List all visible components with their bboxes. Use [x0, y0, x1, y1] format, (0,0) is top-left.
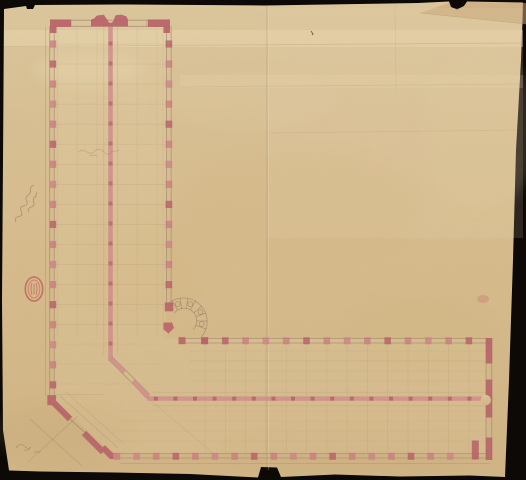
plan-drawing-svg: [0, 0, 526, 480]
pilaster: [109, 122, 113, 126]
pilaster: [467, 397, 471, 401]
pilaster: [193, 397, 197, 401]
pilaster: [50, 381, 57, 388]
apse-niche: [481, 395, 491, 405]
pilaster: [290, 453, 297, 460]
pilaster: [133, 453, 140, 460]
pilaster: [109, 342, 113, 346]
pilaster: [50, 81, 57, 88]
pilaster: [109, 262, 113, 266]
pilaster: [271, 453, 278, 460]
pilaster: [330, 397, 334, 401]
pilaster: [445, 337, 452, 344]
pilaster: [153, 453, 160, 460]
pilaster: [50, 221, 57, 228]
pilaster: [283, 337, 290, 344]
scanned-plan-image: [0, 0, 526, 480]
pilaster: [263, 337, 270, 344]
pilaster: [50, 121, 57, 128]
pilaster: [50, 301, 57, 308]
pilaster: [166, 40, 173, 47]
pilaster: [427, 453, 434, 460]
pilaster: [109, 82, 113, 86]
pilaster: [350, 397, 354, 401]
pilaster: [109, 202, 113, 206]
pilaster: [166, 161, 173, 168]
pilaster: [109, 102, 113, 106]
pilaster: [303, 337, 310, 344]
pilaster: [291, 397, 295, 401]
pilaster: [252, 397, 256, 401]
pilaster: [50, 40, 57, 47]
pilaster: [166, 241, 173, 248]
pilaster: [50, 321, 57, 328]
pilaster: [448, 397, 452, 401]
pilaster: [166, 261, 173, 268]
pilaster: [50, 341, 57, 348]
pilaster: [242, 337, 249, 344]
pilaster: [109, 322, 113, 326]
spine-wall-north: [108, 27, 113, 361]
pilaster: [114, 453, 121, 460]
pilaster: [344, 337, 351, 344]
pilaster: [109, 62, 113, 66]
pilaster: [388, 453, 395, 460]
pilaster: [166, 181, 173, 188]
pilaster: [109, 302, 113, 306]
pilaster: [408, 453, 415, 460]
pilaster: [428, 397, 432, 401]
pilaster: [109, 42, 113, 46]
pilaster: [50, 281, 57, 288]
spine-wall-east: [147, 396, 487, 400]
pilaster: [109, 282, 113, 286]
pilaster: [310, 453, 317, 460]
pilaster: [369, 397, 373, 401]
pilaster: [251, 453, 258, 460]
pilaster: [109, 222, 113, 226]
pilaster: [50, 161, 57, 168]
pilaster: [447, 453, 454, 460]
pilaster: [109, 162, 113, 166]
pilaster: [50, 361, 57, 368]
pilaster: [166, 221, 173, 228]
pilaster: [369, 453, 376, 460]
pilaster: [166, 281, 173, 288]
pilaster: [231, 453, 238, 460]
pilaster: [166, 101, 173, 108]
pilaster: [213, 397, 217, 401]
pilaster: [192, 453, 199, 460]
pilaster: [271, 397, 275, 401]
pilaster: [409, 397, 413, 401]
pilaster: [311, 397, 315, 401]
pilaster: [389, 397, 393, 401]
pilaster: [212, 453, 219, 460]
pilaster: [166, 141, 173, 148]
pilaster: [232, 397, 236, 401]
pilaster: [466, 337, 473, 344]
red-ink-smudge: [477, 295, 489, 303]
pilaster: [166, 121, 173, 128]
pilaster: [349, 453, 356, 460]
pilaster: [166, 60, 173, 67]
pilaster: [222, 337, 229, 344]
pilaster: [50, 181, 57, 188]
pilaster: [50, 60, 57, 67]
pilaster: [166, 201, 173, 208]
pilaster: [173, 397, 177, 401]
pilaster: [154, 397, 158, 401]
pilaster: [173, 453, 180, 460]
pilaster: [425, 337, 432, 344]
pilaster: [329, 453, 336, 460]
pilaster: [324, 337, 331, 344]
pilaster: [166, 81, 173, 88]
pilaster: [50, 261, 57, 268]
pilaster: [50, 101, 57, 108]
pilaster: [109, 182, 113, 186]
pilaster: [364, 337, 371, 344]
pilaster: [50, 241, 57, 248]
pilaster: [109, 242, 113, 246]
pilaster: [384, 337, 391, 344]
pilaster: [50, 201, 57, 208]
pilaster: [405, 337, 412, 344]
pilaster: [109, 142, 113, 146]
pilaster: [50, 141, 57, 148]
